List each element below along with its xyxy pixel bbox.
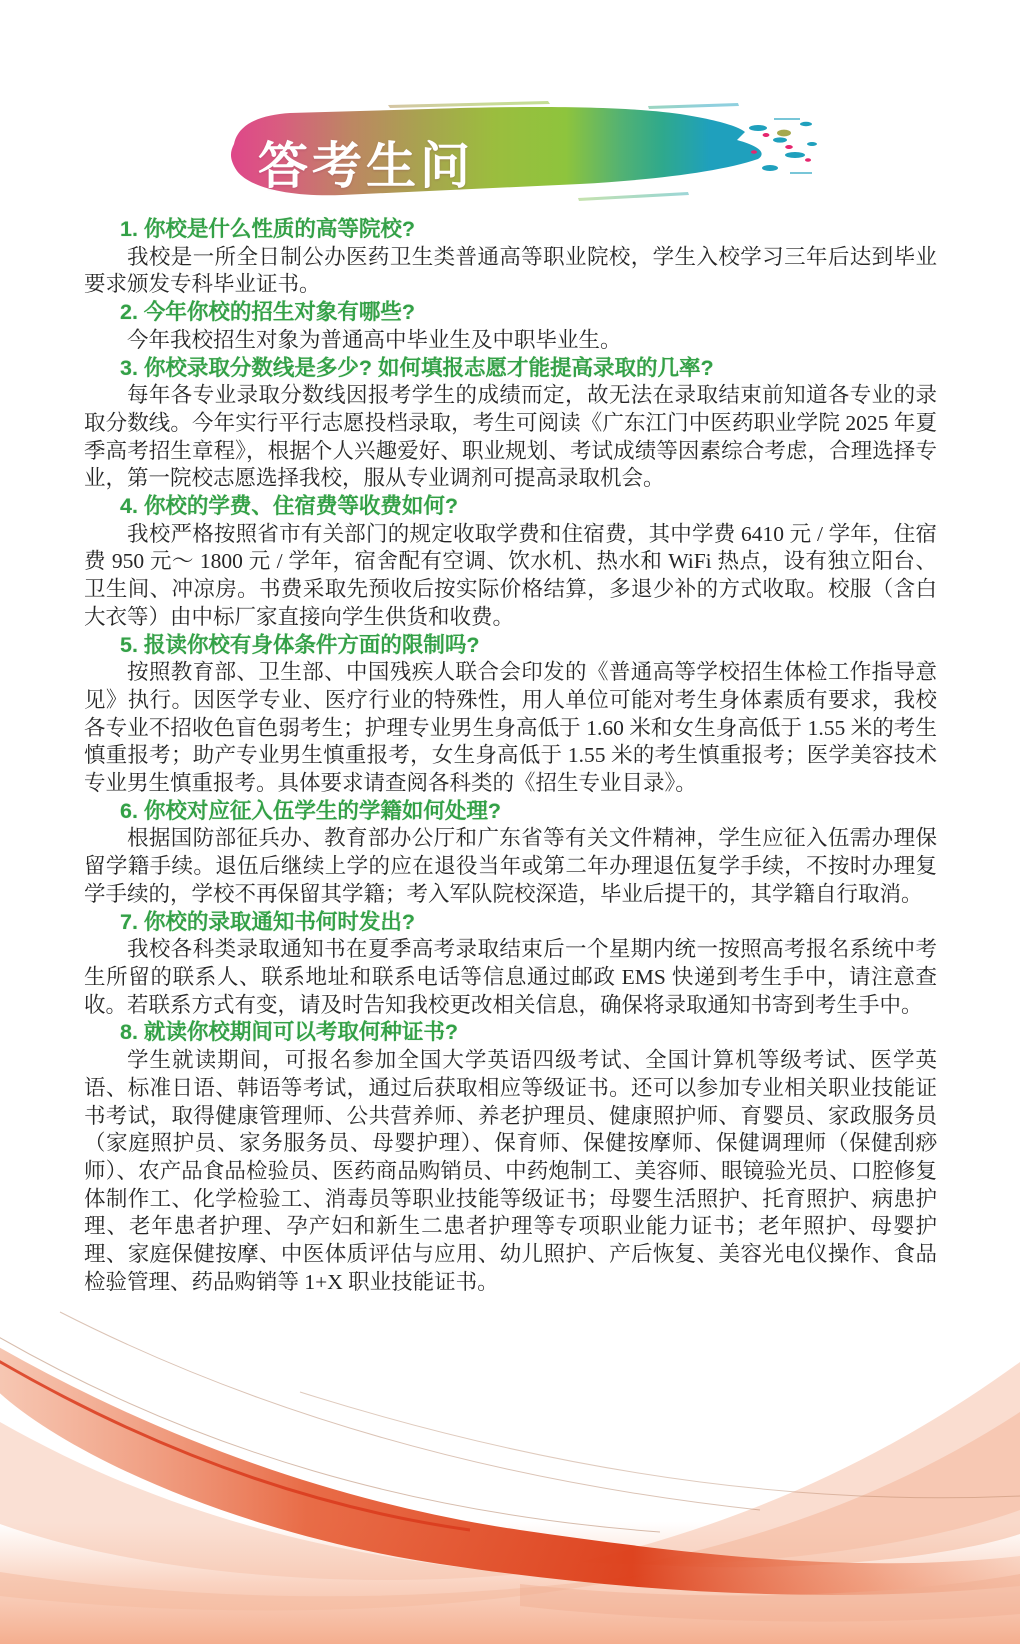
page-title: 答考生问: [258, 126, 474, 198]
faq-question: 2. 今年你校的招生对象有哪些?: [84, 299, 937, 327]
faq-answer: 我校各科类录取通知书在夏季高考录取结束后一个星期内统一按照高考报名系统中考生所留…: [84, 936, 937, 1019]
faq-answer: 学生就读期间，可报名参加全国大学英语四级考试、全国计算机等级考试、医学英语、标准…: [84, 1047, 937, 1296]
faq-question: 3. 你校录取分数线是多少? 如何填报志愿才能提高录取的几率?: [84, 355, 937, 383]
faq-question: 4. 你校的学费、住宿费等收费如何?: [84, 493, 937, 521]
faq-answer: 今年我校招生对象为普通高中毕业生及中职毕业生。: [84, 327, 937, 355]
faq-question: 5. 报读你校有身体条件方面的限制吗?: [84, 632, 937, 660]
faq-list: 1. 你校是什么性质的高等院校? 我校是一所全日制公办医药卫生类普通高等职业院校…: [84, 216, 937, 1296]
faq-answer: 每年各专业录取分数线因报考学生的成绩而定，故无法在录取结束前知道各专业的录取分数…: [84, 382, 937, 493]
faq-question: 7. 你校的录取通知书何时发出?: [84, 909, 937, 937]
faq-question: 6. 你校对应征入伍学生的学籍如何处理?: [84, 798, 937, 826]
bottom-wave-decoration: [0, 1272, 1020, 1644]
faq-answer: 我校严格按照省市有关部门的规定收取学费和住宿费，其中学费 6410 元 / 学年…: [84, 521, 937, 632]
header-banner: 答考生问: [218, 100, 818, 212]
faq-answer: 按照教育部、卫生部、中国残疾人联合会印发的《普通高等学校招生体检工作指导意见》执…: [84, 659, 937, 798]
brochure-page: 答考生问 1. 你校是什么性质的高等院校? 我校是一所全日制公办医药卫生类普通高…: [0, 0, 1020, 1644]
faq-question: 1. 你校是什么性质的高等院校?: [84, 216, 937, 244]
faq-answer: 根据国防部征兵办、教育部办公厅和广东省等有关文件精神，学生应征入伍需办理保留学籍…: [84, 825, 937, 908]
faq-question: 8. 就读你校期间可以考取何种证书?: [84, 1019, 937, 1047]
faq-answer: 我校是一所全日制公办医药卫生类普通高等职业院校，学生入校学习三年后达到毕业要求颁…: [84, 244, 937, 299]
